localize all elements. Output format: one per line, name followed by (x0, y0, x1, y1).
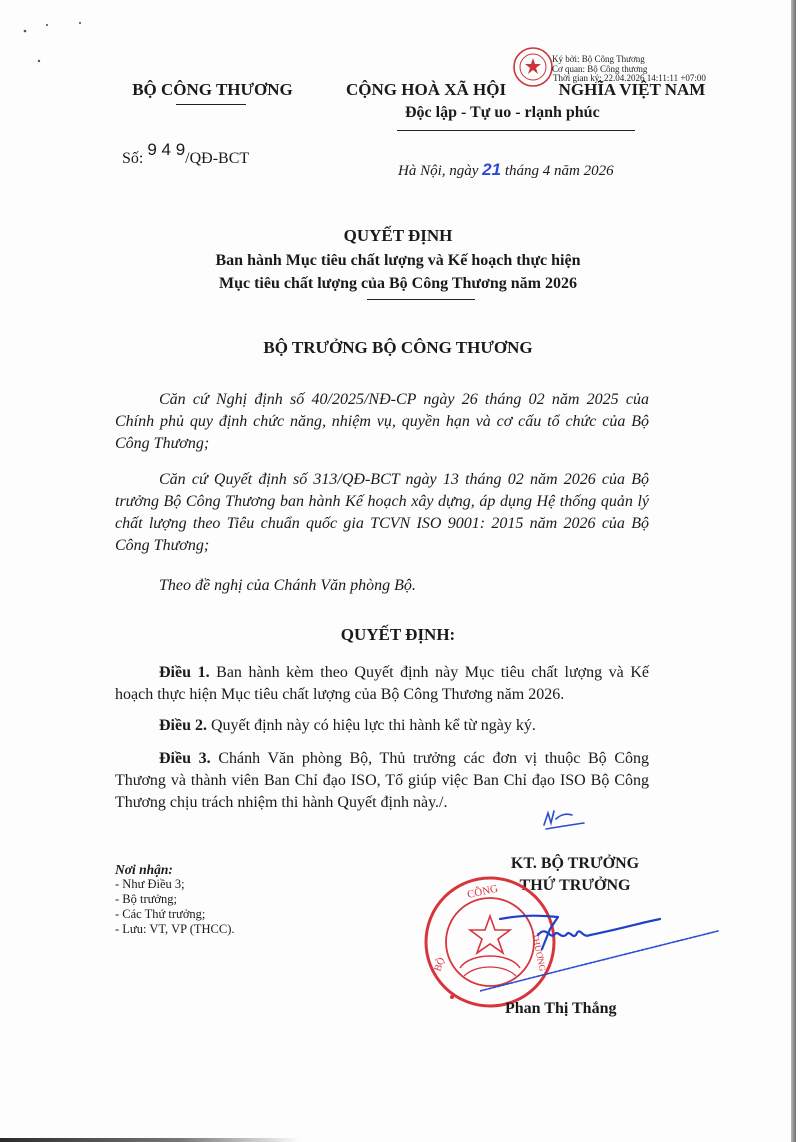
scan-noise (0, 0, 120, 100)
recipient-item: - Lưu: VT, VP (THCC). (115, 922, 235, 937)
subject-line-1: Ban hành Mục tiêu chất lượng và Kế hoạch… (0, 252, 796, 270)
preamble-paragraph-1: Căn cứ Nghị định số 40/2025/NĐ-CP ngày 2… (115, 389, 649, 455)
national-motto: Độc lập - Tự uo - rlạnh phúc (405, 104, 600, 122)
document-number: Số: 9 4 9/QĐ-BCT (122, 148, 249, 168)
subject-line-2: Mục tiêu chất lượng của Bộ Công Thương n… (0, 275, 796, 293)
scan-edge-bottom (0, 1138, 300, 1142)
scan-edge-right (791, 0, 796, 1142)
date-line: Hà Nội, ngày 21 tháng 4 năm 2026 (398, 160, 614, 180)
recipient-item: - Bộ trưởng; (115, 892, 235, 907)
recipient-item: - Các Thứ trưởng; (115, 907, 235, 922)
doc-number-label: Số: (122, 150, 143, 167)
recipients-block: Nơi nhận: - Như Điều 3; - Bộ trưởng; - C… (115, 862, 235, 937)
article-2-label: Điều 2. (159, 717, 207, 734)
esig-time: Thời gian ký: 22.04.2026 14:11:11 +07:00 (552, 74, 706, 84)
digital-signature-info: Ký bởi: Bộ Công Thương Cơ quan: Bộ Công … (552, 55, 706, 84)
issuing-authority: BỘ TRƯỞNG BỘ CÔNG THƯƠNG (0, 338, 796, 358)
date-suffix: tháng 4 năm 2026 (505, 163, 614, 179)
doc-number-handwritten: 9 4 9 (147, 140, 185, 159)
document-type-heading: QUYẾT ĐỊNH (0, 226, 796, 246)
signer-name: Phan Thị Thắng (505, 1000, 616, 1018)
article-1: Điều 1. Ban hành kèm theo Quyết định này… (115, 662, 649, 706)
recipients-heading: Nơi nhận: (115, 862, 235, 877)
document-page: BỘ CÔNG THƯƠNG CỘNG HOÀ XÃ HỘI NGHĨA VIỆ… (0, 0, 796, 1142)
date-day-handwritten: 21 (482, 160, 501, 179)
nation-title-left: CỘNG HOÀ XÃ HỘI (346, 80, 506, 99)
article-3-label: Điều 3. (159, 750, 211, 767)
handwritten-signature (480, 905, 720, 1005)
ministry-name: BỘ CÔNG THƯƠNG (120, 80, 305, 100)
subject-underline (367, 299, 475, 300)
signature-on-behalf: KT. BỘ TRƯỞNG (480, 855, 670, 873)
preamble-paragraph-3: Theo đề nghị của Chánh Văn phòng Bộ. (115, 575, 649, 597)
article-2: Điều 2. Quyết định này có hiệu lực thi h… (115, 715, 649, 737)
decision-heading: QUYẾT ĐỊNH: (0, 625, 796, 645)
small-seal-icon (512, 46, 554, 88)
preamble-paragraph-2: Căn cứ Quyết định số 313/QĐ-BCT ngày 13 … (115, 469, 649, 557)
motto-underline (397, 130, 635, 131)
article-1-label: Điều 1. (159, 664, 210, 681)
svg-text:BỘ: BỘ (432, 956, 448, 973)
date-prefix: Hà Nội, ngày (398, 163, 478, 179)
recipient-item: - Như Điều 3; (115, 877, 235, 892)
doc-number-suffix: /QĐ-BCT (185, 150, 249, 167)
ministry-underline (176, 104, 246, 105)
handwritten-initials (540, 805, 590, 833)
